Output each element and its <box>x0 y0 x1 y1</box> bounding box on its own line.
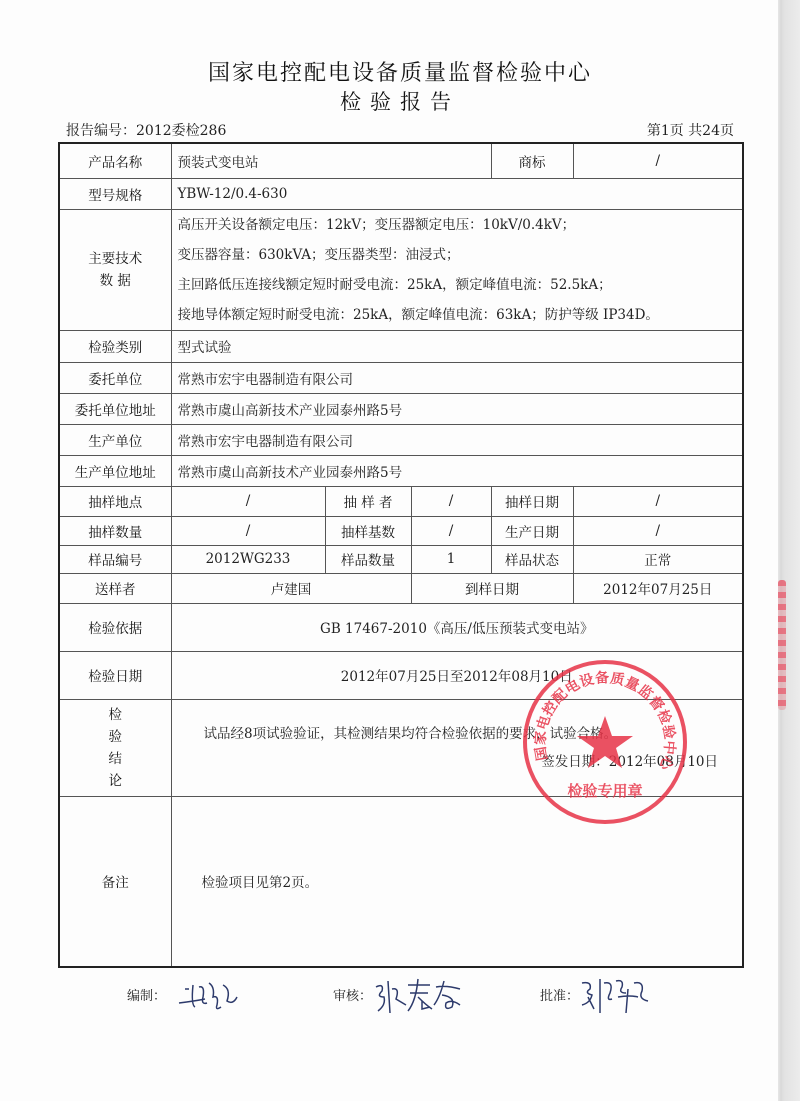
tech-line: 变压器容量：630kVA；变压器类型：油浸式； <box>178 240 737 270</box>
product-name-label: 产品名称 <box>59 143 171 178</box>
arrival-date-value: 2012年07月25日 <box>573 573 743 603</box>
conclusion-label: 检 验 结 论 <box>59 699 171 796</box>
conclusion-label-char: 结 <box>66 748 165 770</box>
manufacturer-address-value: 常熟市虞山高新技术产业园泰州路5号 <box>171 455 743 486</box>
arrival-date-label: 到样日期 <box>411 573 573 603</box>
test-type-label: 检验类别 <box>59 330 171 362</box>
tech-line: 高压开关设备额定电压：12kV；变压器额定电压：10kV/0.4kV； <box>178 210 737 240</box>
approved-label: 批准： <box>540 985 579 1004</box>
sample-qty-label: 样品数量 <box>325 545 411 573</box>
client-address-value: 常熟市虞山高新技术产业园泰州路5号 <box>171 393 743 424</box>
report-table: 产品名称 预装式变电站 商标 / 型号规格 YBW-12/0.4-630 主要技… <box>58 142 744 968</box>
conclusion-text: 试品经8项试验验证，其检测结果均符合检验依据的要求，试验合格。 <box>204 720 715 748</box>
test-date-label: 检验日期 <box>59 651 171 699</box>
seam-stamp-mark <box>778 580 786 710</box>
sample-qty-value: 1 <box>411 545 491 573</box>
remarks-label: 备注 <box>59 796 171 967</box>
reviewed-signature <box>372 975 472 1017</box>
sampler-label: 抽 样 者 <box>325 486 411 516</box>
row-sample: 样品编号 2012WG233 样品数量 1 样品状态 正常 <box>59 545 743 573</box>
tech-line: 接地导体额定短时耐受电流：25kA，额定峰值电流：63kA；防护等级 IP34D… <box>178 300 737 330</box>
client-value: 常熟市宏宇电器制造有限公司 <box>171 362 743 393</box>
row-manufacturer-address: 生产单位地址 常熟市虞山高新技术产业园泰州路5号 <box>59 455 743 486</box>
sample-no-label: 样品编号 <box>59 545 171 573</box>
row-test-date: 检验日期 2012年07月25日至2012年08月10日 <box>59 651 743 699</box>
sample-state-value: 正常 <box>573 545 743 573</box>
row-test-type: 检验类别 型式试验 <box>59 330 743 362</box>
page-edge-shadow <box>778 0 800 1101</box>
sample-state-label: 样品状态 <box>491 545 573 573</box>
tech-line: 主回路低压连接线额定短时耐受电流：25kA，额定峰值电流：52.5kA； <box>178 270 737 300</box>
sampling-place-label: 抽样地点 <box>59 486 171 516</box>
reviewed-label: 审核： <box>333 985 372 1004</box>
tech-data-label-line1: 主要技术 <box>66 248 165 270</box>
trademark-value: / <box>573 143 743 178</box>
report-number: 报告编号：2012委检286 <box>66 120 226 140</box>
manufacturer-value: 常熟市宏宇电器制造有限公司 <box>171 424 743 455</box>
row-tech-data: 主要技术 数 据 高压开关设备额定电压：12kV；变压器额定电压：10kV/0.… <box>59 209 743 330</box>
sampling-date-label: 抽样日期 <box>491 486 573 516</box>
row-manufacturer: 生产单位 常熟市宏宇电器制造有限公司 <box>59 424 743 455</box>
test-date-value: 2012年07月25日至2012年08月10日 <box>171 651 743 699</box>
issue-date: 签发日期：2012年08月10日 <box>204 748 719 776</box>
prepared-signature <box>175 975 245 1015</box>
product-name-value: 预装式变电站 <box>171 143 491 178</box>
sampling-place-value: / <box>171 486 325 516</box>
conclusion-label-char: 论 <box>66 770 165 792</box>
row-sampling-2: 抽样数量 / 抽样基数 / 生产日期 / <box>59 516 743 545</box>
row-model: 型号规格 YBW-12/0.4-630 <box>59 178 743 209</box>
approved-signature <box>578 975 658 1017</box>
row-client-address: 委托单位地址 常熟市虞山高新技术产业园泰州路5号 <box>59 393 743 424</box>
report-number-value: 2012委检286 <box>136 123 226 139</box>
page-info: 第1页 共24页 <box>647 120 734 140</box>
model-label: 型号规格 <box>59 178 171 209</box>
row-sampling-1: 抽样地点 / 抽 样 者 / 抽样日期 / <box>59 486 743 516</box>
org-title: 国家电控配电设备质量监督检验中心 <box>0 56 800 87</box>
sampling-date-value: / <box>573 486 743 516</box>
basis-label: 检验依据 <box>59 603 171 651</box>
manufacturer-label: 生产单位 <box>59 424 171 455</box>
sampler-value: / <box>411 486 491 516</box>
tech-data-label: 主要技术 数 据 <box>59 209 171 330</box>
tech-data-value: 高压开关设备额定电压：12kV；变压器额定电压：10kV/0.4kV； 变压器容… <box>171 209 743 330</box>
remarks-value: 检验项目见第2页。 <box>171 796 743 967</box>
sampling-base-value: / <box>411 516 491 545</box>
conclusion-label-char: 验 <box>66 726 165 748</box>
row-client: 委托单位 常熟市宏宇电器制造有限公司 <box>59 362 743 393</box>
row-product-name: 产品名称 预装式变电站 商标 / <box>59 143 743 178</box>
row-conclusion: 检 验 结 论 试品经8项试验验证，其检测结果均符合检验依据的要求，试验合格。 … <box>59 699 743 796</box>
client-label: 委托单位 <box>59 362 171 393</box>
production-date-label: 生产日期 <box>491 516 573 545</box>
manufacturer-address-label: 生产单位地址 <box>59 455 171 486</box>
trademark-label: 商标 <box>491 143 573 178</box>
model-value: YBW-12/0.4-630 <box>171 178 743 209</box>
tech-data-label-line2: 数 据 <box>66 270 165 292</box>
client-address-label: 委托单位地址 <box>59 393 171 424</box>
row-sender: 送样者 卢建国 到样日期 2012年07月25日 <box>59 573 743 603</box>
doc-title: 检验报告 <box>0 86 800 116</box>
report-number-label: 报告编号： <box>66 123 136 139</box>
test-type-value: 型式试验 <box>171 330 743 362</box>
sampling-qty-value: / <box>171 516 325 545</box>
sender-label: 送样者 <box>59 573 171 603</box>
basis-value: GB 17467-2010《高压/低压预装式变电站》 <box>171 603 743 651</box>
conclusion-label-char: 检 <box>66 704 165 726</box>
row-remarks: 备注 检验项目见第2页。 <box>59 796 743 967</box>
signature-row: 编制： 审核： 批准： <box>0 975 800 1015</box>
row-basis: 检验依据 GB 17467-2010《高压/低压预装式变电站》 <box>59 603 743 651</box>
sampling-base-label: 抽样基数 <box>325 516 411 545</box>
conclusion-value: 试品经8项试验验证，其检测结果均符合检验依据的要求，试验合格。 签发日期：201… <box>171 699 743 796</box>
production-date-value: / <box>573 516 743 545</box>
sample-no-value: 2012WG233 <box>171 545 325 573</box>
sampling-qty-label: 抽样数量 <box>59 516 171 545</box>
prepared-label: 编制： <box>127 985 166 1004</box>
sender-value: 卢建国 <box>171 573 411 603</box>
